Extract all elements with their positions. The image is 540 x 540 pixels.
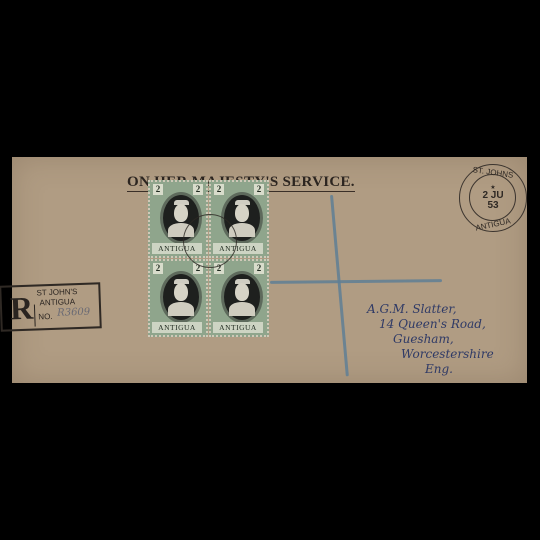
address-line: Eng. <box>367 362 494 377</box>
registration-letter: R <box>9 291 33 326</box>
registration-no-label: NO. <box>38 312 53 321</box>
address-line: Guesham, <box>367 332 494 347</box>
stamp-country: ANTIGUA <box>152 322 202 333</box>
registration-label: R ST JOHN'S ANTIGUA NO. R3609 <box>0 282 102 331</box>
stamp-value: 2 <box>153 263 163 274</box>
address-line: A.G.M. Slatter, <box>367 302 494 317</box>
crayon-cross-vertical <box>330 195 349 377</box>
stamp: 2 2 ANTIGUA <box>148 259 208 337</box>
stamp-value: 2 <box>254 184 264 195</box>
registration-divider <box>34 305 36 327</box>
postmark: ST. JOHNS ★ 2 JU 53 ANTIGUA <box>459 164 527 232</box>
stamp-country: ANTIGUA <box>213 322 263 333</box>
queen-portrait-icon <box>221 271 263 323</box>
stamp: 2 2 ANTIGUA <box>209 259 269 337</box>
stamp-value: 2 <box>153 184 163 195</box>
crayon-cross-horizontal <box>270 279 442 284</box>
stamp-value: 2 <box>214 184 224 195</box>
stamp-cancellation <box>183 214 237 268</box>
queen-portrait-icon <box>160 271 202 323</box>
stamp-value: 2 <box>193 184 203 195</box>
postmark-date: 2 JU 53 <box>460 191 526 211</box>
stamp-value: 2 <box>254 263 264 274</box>
postmark-date-line2: 53 <box>460 201 526 211</box>
address-line: Worcestershire <box>367 347 494 362</box>
registration-number: R3609 <box>57 307 90 319</box>
registration-place: ST JOHN'S ANTIGUA <box>36 287 78 308</box>
envelope: ON HER MAJESTY'S SERVICE. ST. JOHNS ★ 2 … <box>12 157 527 383</box>
handwritten-address: A.G.M. Slatter, 14 Queen's Road, Guesham… <box>367 302 494 377</box>
address-line: 14 Queen's Road, <box>367 317 494 332</box>
